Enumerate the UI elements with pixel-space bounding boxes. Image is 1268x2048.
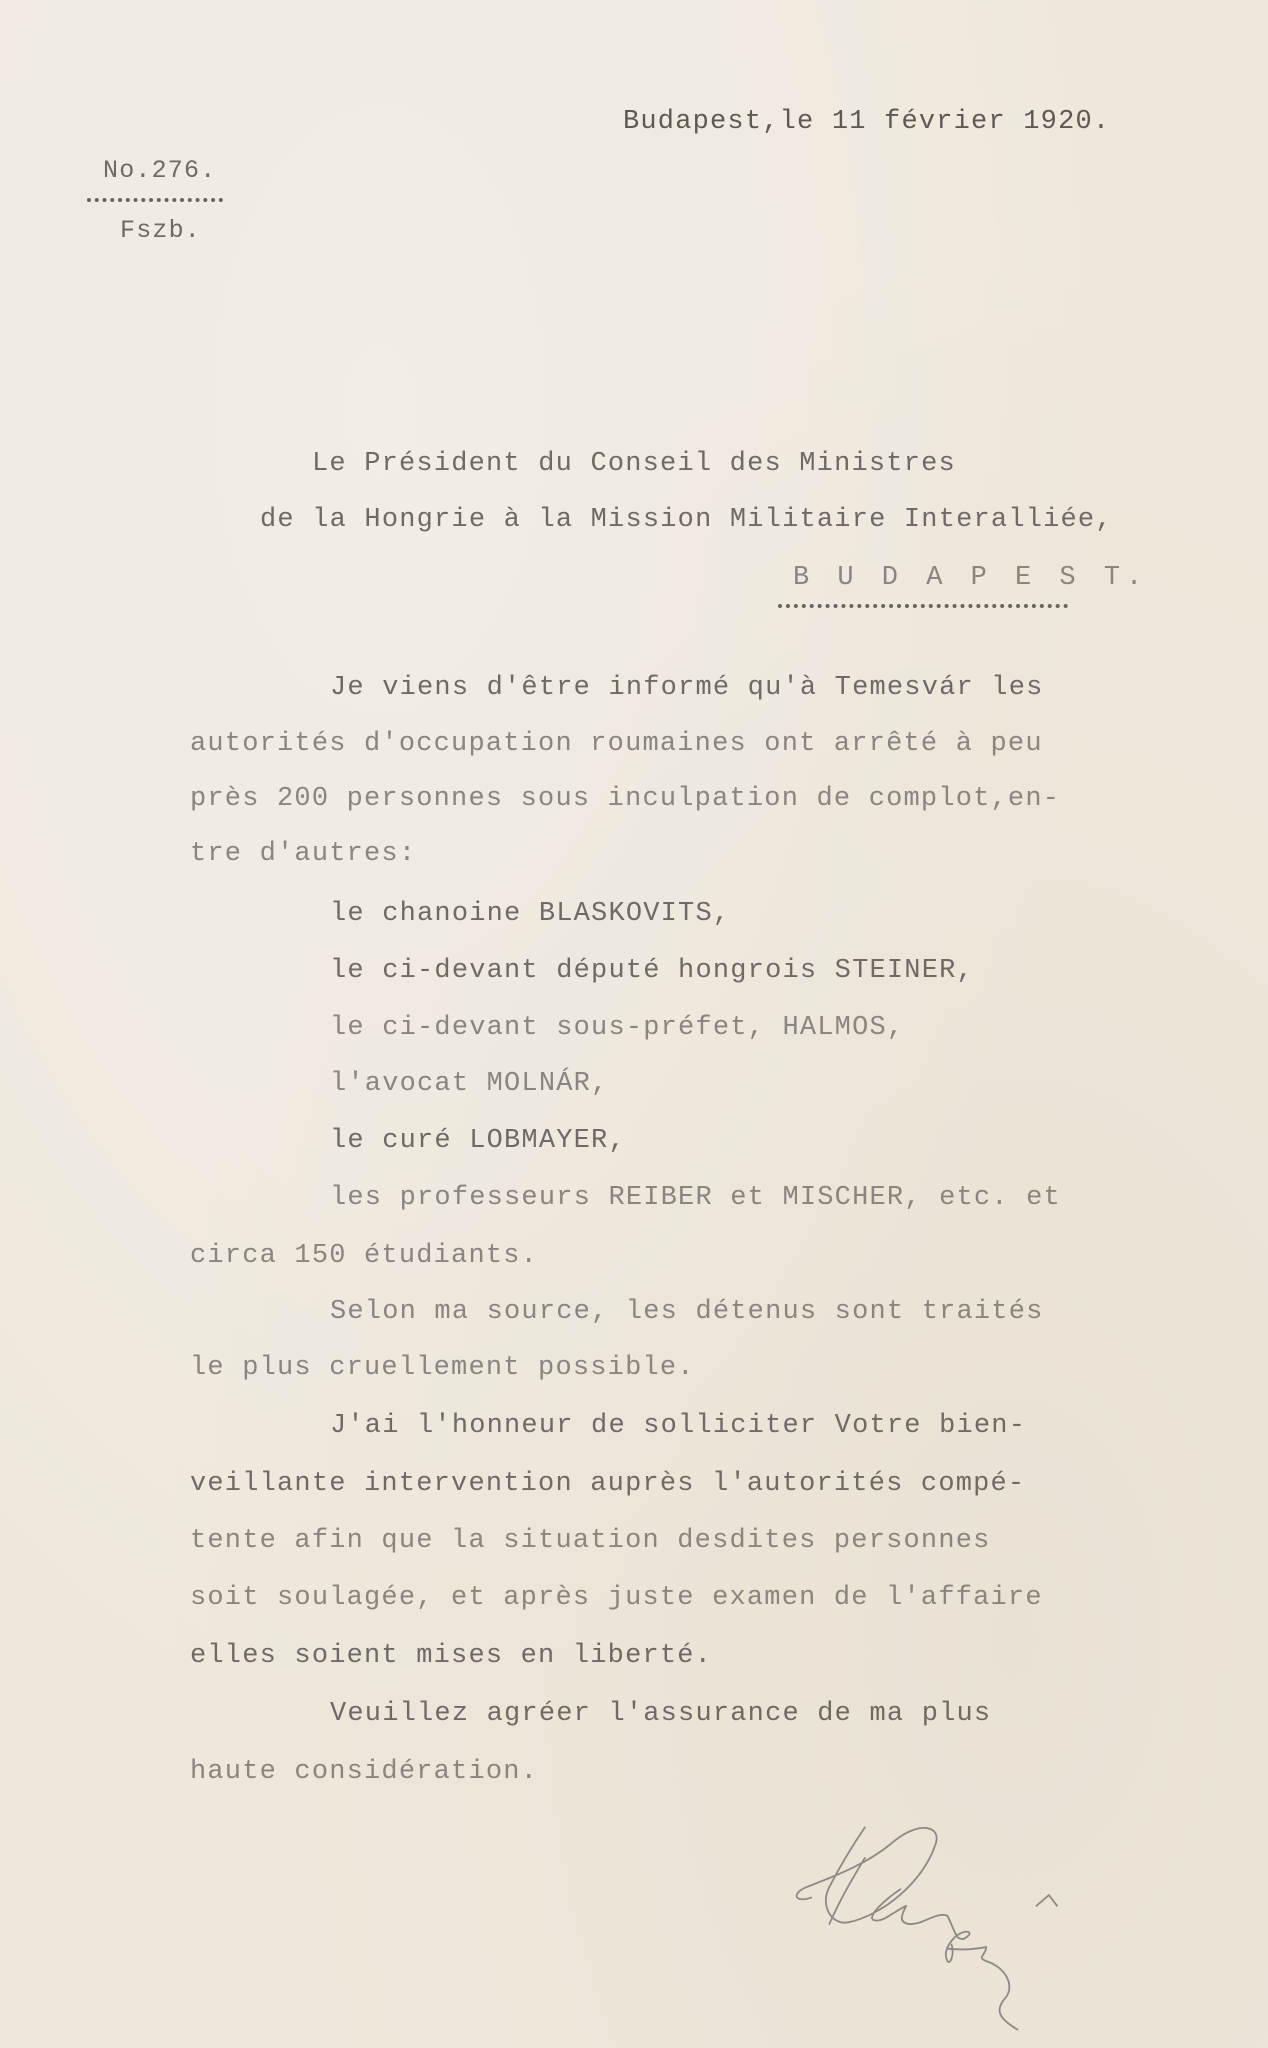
addressee-line-1: Le Président du Conseil des Ministres: [312, 448, 956, 480]
body-p3-line-1: J'ai l'honneur de solliciter Votre bien-: [330, 1410, 1026, 1442]
reference-underline: [87, 198, 223, 202]
reference-code: Fszb.: [120, 215, 201, 247]
arrested-item: l'avocat MOLNÁR,: [330, 1068, 608, 1100]
arrested-item: le ci-devant sous-préfet, HALMOS,: [330, 1012, 904, 1044]
closing-line-1: Veuillez agréer l'assurance de ma plus: [330, 1698, 991, 1730]
arrested-item: le curé LOBMAYER,: [330, 1125, 626, 1157]
arrested-item: le ci-devant député hongrois STEINER,: [330, 955, 974, 987]
addressee-line-2: de la Hongrie à la Mission Militaire Int…: [260, 504, 1113, 536]
body-p1-line-3: près 200 personnes sous inculpation de c…: [190, 783, 1060, 815]
body-p2-line-2: le plus cruellement possible.: [190, 1352, 695, 1384]
body-p1-line-4: tre d'autres:: [190, 838, 416, 870]
city-underline: [778, 604, 1068, 608]
arrested-item: les professeurs REIBER et MISCHER, etc. …: [330, 1182, 1061, 1214]
body-p1-line-1: Je viens d'être informé qu'à Temesvár le…: [330, 672, 1044, 704]
handwritten-signature-icon: [770, 1790, 1100, 2048]
closing-line-2: haute considération.: [190, 1756, 538, 1788]
letter-paper: Budapest,le 11 février 1920. No.276. Fsz…: [0, 0, 1268, 2048]
arrested-item: le chanoine BLASKOVITS,: [330, 898, 730, 930]
body-p3-line-2: veillante intervention auprès l'autorité…: [190, 1468, 1025, 1500]
body-p3-line-4: soit soulagée, et après juste examen de …: [190, 1582, 1043, 1614]
body-p3-line-5: elles soient mises en liberté.: [190, 1640, 712, 1672]
place-date: Budapest,le 11 février 1920.: [623, 106, 1110, 138]
body-p1-line-2: autorités d'occupation roumaines ont arr…: [190, 728, 1043, 760]
body-p3-line-3: tente afin que la situation desdites per…: [190, 1525, 991, 1557]
reference-number: No.276.: [103, 155, 216, 187]
addressee-city: B U D A P E S T.: [793, 562, 1148, 594]
body-p1-end: circa 150 étudiants.: [190, 1240, 538, 1272]
body-p2-line-1: Selon ma source, les détenus sont traité…: [330, 1296, 1044, 1328]
